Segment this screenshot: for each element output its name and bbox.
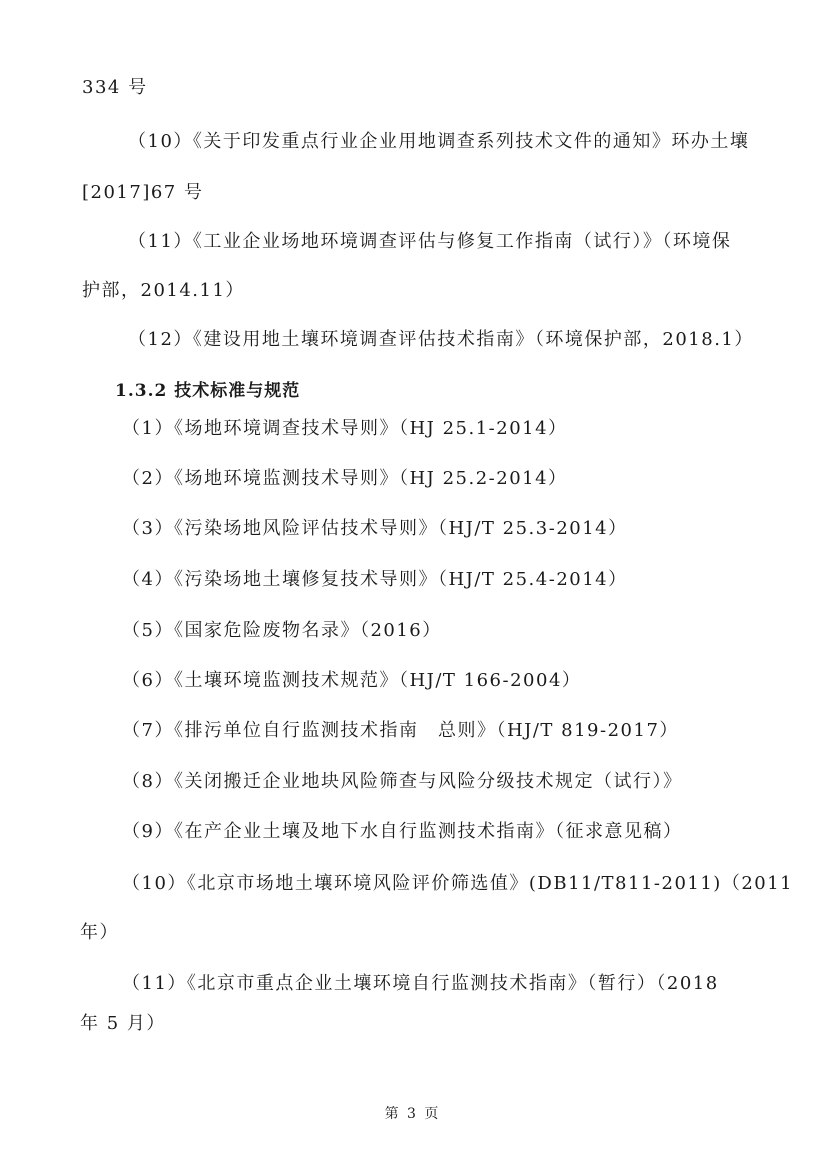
regulation-item-11-line1: （11）《工业企业场地环境调查评估与修复工作指南（试行）》（环境保 xyxy=(128,230,731,254)
standard-item-7: （7）《排污单位自行监测技术指南 总则》（HJ/T 819-2017） xyxy=(122,719,679,743)
standard-item-3: （3）《污染场地风险评估技术导则》（HJ/T 25.3-2014） xyxy=(122,517,628,541)
standard-item-10-line2: 年） xyxy=(80,921,119,945)
standard-item-11-line2: 年 5 月） xyxy=(80,1012,166,1036)
regulation-item-12: （12）《建设用地土壤环境调查评估技术指南》（环境保护部，2018.1） xyxy=(128,328,754,352)
page-number: 第 3 页 xyxy=(0,1103,825,1123)
section-heading: 1.3.2 技术标准与规范 xyxy=(115,379,300,403)
standard-item-1: （1）《场地环境调查技术导则》（HJ 25.1-2014） xyxy=(122,417,568,441)
regulation-item-10-line1: （10）《关于印发重点行业企业用地调查系列技术文件的通知》环办土壤 xyxy=(128,130,749,154)
standard-item-4: （4）《污染场地土壤修复技术导则》（HJ/T 25.4-2014） xyxy=(122,568,628,592)
regulation-item-10-line2: [2017]67 号 xyxy=(82,181,203,205)
standard-item-10-line1: （10）《北京市场地土壤环境风险评价筛选值》(DB11/T811-2011)（2… xyxy=(122,872,793,896)
standard-item-2: （2）《场地环境监测技术导则》（HJ 25.2-2014） xyxy=(122,467,568,491)
document-page: 334 号 （10）《关于印发重点行业企业用地调查系列技术文件的通知》环办土壤 … xyxy=(0,0,825,1166)
regulation-item-11-line2: 护部，2014.11） xyxy=(82,279,245,303)
standard-item-9: （9）《在产企业土壤及地下水自行监测技术指南》（征求意见稿） xyxy=(122,820,682,844)
standard-item-6: （6）《土壤环境监测技术规范》（HJ/T 166-2004） xyxy=(122,669,581,693)
standard-item-8: （8）《关闭搬迁企业地块风险筛查与风险分级技术规定（试行）》 xyxy=(122,770,682,794)
continuation-line: 334 号 xyxy=(82,76,148,100)
standard-item-11-line1: （11）《北京市重点企业土壤环境自行监测技术指南》（暂行）（2018 xyxy=(122,972,719,996)
standard-item-5: （5）《国家危险废物名录》（2016） xyxy=(122,619,442,643)
